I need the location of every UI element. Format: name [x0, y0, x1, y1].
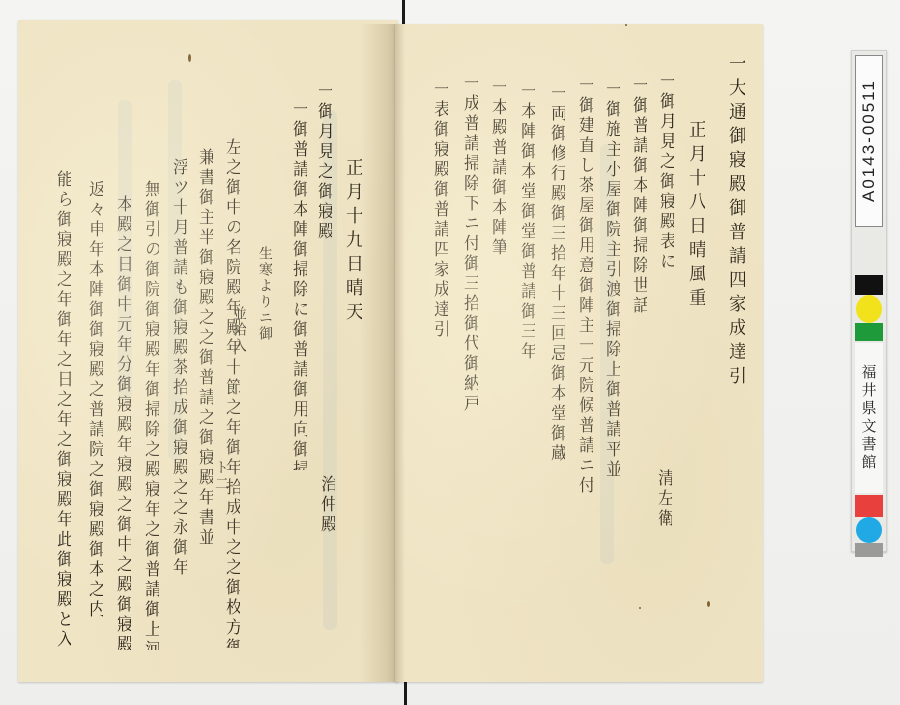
book-binding-bottom [404, 680, 407, 705]
left-column-1: 一御月見之御寢殿 [315, 82, 332, 312]
black-color-swatch [855, 275, 883, 295]
right-column-2: 一御月見之御寢殿表に入 [657, 72, 674, 272]
left-column-10: 返々申年本陣御御寢殿之普請院之御寢殿御本之内 [86, 180, 103, 650]
archive-label: A0143-00511 福井県文書館 [851, 50, 887, 552]
left-signature: 治仲殿 [318, 475, 335, 545]
right-column-9: 一成普請掃除下ニ付御三拾御代御納戸 [461, 74, 478, 614]
right-date-heading: 正月十八日晴風重 [687, 120, 705, 330]
left-column-7: 浮ツ十月普請も御寢殿茶拾成御寢殿之之永御年 [170, 158, 187, 648]
left-column-8: 無御引の御院御寢殿年御掃除之殿寢年之御普請御上河之進 [142, 180, 159, 650]
red-color-swatch [855, 495, 883, 517]
archive-institution-name: 福井県文書館 [855, 343, 883, 493]
right-column-7: 一本陣御本堂御堂御普請御三年 [518, 82, 535, 382]
left-marginal-note: ト二印 [214, 460, 228, 490]
right-column-3: 一御普請御本陣御掃除世話 [630, 76, 647, 326]
yellow-color-swatch [856, 295, 882, 323]
gutter-right-shadow [395, 24, 405, 682]
left-column-9: 本殿之日御中元年分御寢殿年寢殿之御中之殿御寢殿之外 [114, 195, 131, 650]
left-column-3: 生寒よりニ御 [258, 246, 272, 356]
paper-stain [639, 607, 641, 609]
paper-stain [188, 54, 191, 62]
right-column-6: 一両御修行殿御三拾年十三回忌御本堂御蔵 [548, 84, 565, 644]
paper-stain [625, 24, 627, 26]
gutter-shadow [360, 24, 398, 682]
gray-color-swatch [855, 543, 883, 557]
left-column-2: 一御普請御本陣御掃除に御普請御用向御掃除世話 [290, 100, 307, 470]
right-page: 一大通御寢殿御普請四家成達引 正月十八日晴風重 一御月見之御寢殿表に入 一御普請… [395, 24, 763, 682]
right-column-4: 一御施主小屋御院主引渡御掃除上御普請平並 [603, 80, 620, 560]
right-column-8: 一本殿普請御本陣筆 [489, 78, 506, 318]
left-column-5: 左之御中の名院殿年殿年十節之年御年拾成中之之御枚方御 [223, 138, 240, 648]
paper-stain [707, 601, 710, 607]
book-binding-top [402, 0, 405, 24]
right-column-1: 一大通御寢殿御普請四家成達引 [727, 54, 745, 424]
archive-id-number: A0143-00511 [855, 55, 883, 227]
left-column-6: 兼書御主半御寢殿之之御普請之御寢殿年書並 [196, 148, 213, 648]
right-column-5: 一御建直し茶屋御用意御陣主一元院候普請ニ付 [576, 76, 593, 616]
right-signature: 清左衛 [655, 469, 672, 549]
right-column-10: 一表御寢殿御普請四家成達引 [431, 80, 448, 380]
green-color-swatch [855, 323, 883, 341]
left-page: 正月十九日晴天 一御月見之御寢殿 一御普請御本陣御掃除に御普請御用向御掃除世話 … [18, 20, 398, 682]
left-column-11: 能ら御寢殿之年御年之日之年之御寢殿年此御寢殿と入御普請御寢殿 [54, 170, 71, 650]
cyan-color-swatch [856, 517, 882, 543]
